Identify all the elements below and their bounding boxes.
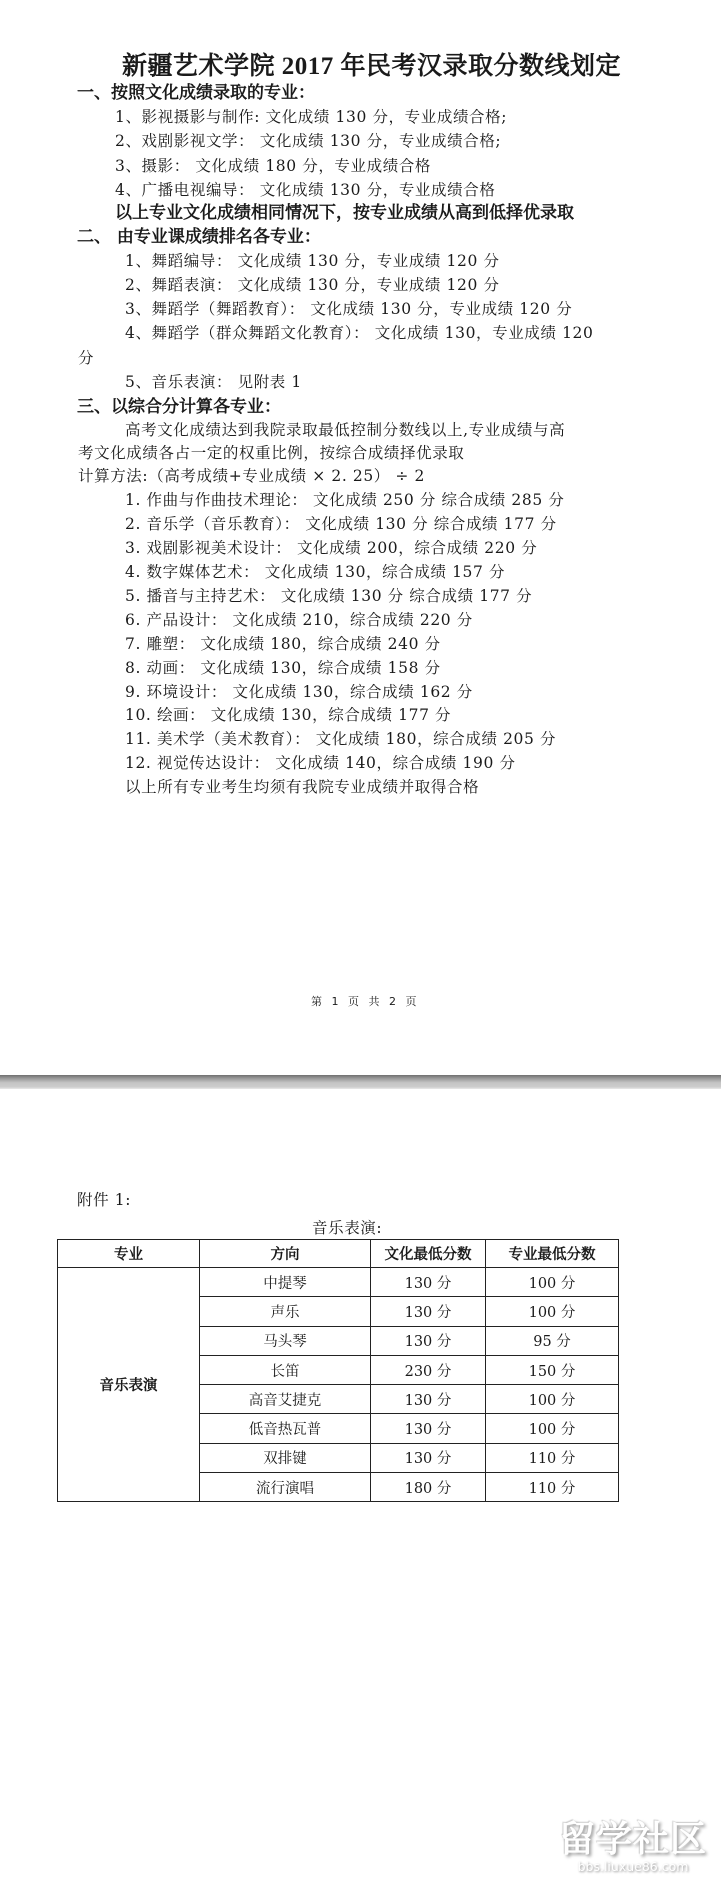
direction-cell: 低音热瓦普 — [200, 1414, 371, 1443]
section-3-closing: 以上所有专业考生均须有我院专业成绩并取得合格 — [125, 775, 479, 799]
culture-score-cell: 180 分 — [371, 1473, 486, 1502]
culture-score-cell: 130 分 — [371, 1414, 486, 1443]
watermark-url: bbs.liuxue86.com — [553, 1860, 713, 1874]
direction-cell: 高音艾捷克 — [200, 1385, 371, 1414]
section-3-item: 11. 美术学（美术教育）： 文化成绩 180，综合成绩 205 分 — [125, 727, 556, 751]
header-direction: 方向 — [200, 1240, 371, 1268]
section-3-formula: 计算方法:（高考成绩+专业成绩 × 2. 25） ÷ 2 — [78, 464, 425, 488]
direction-cell: 流行演唱 — [200, 1473, 371, 1502]
table-title: 音乐表演: — [312, 1216, 382, 1240]
music-performance-score-table: 专业 方向 文化最低分数 专业最低分数 音乐表演 中提琴 130 分 100 分… — [57, 1239, 619, 1502]
specialty-score-cell: 100 分 — [486, 1414, 619, 1443]
culture-score-cell: 130 分 — [371, 1385, 486, 1414]
specialty-score-cell: 100 分 — [486, 1385, 619, 1414]
section-2-item: 5、音乐表演： 见附表 1 — [125, 370, 302, 394]
section-1-heading: 一、按照文化成绩录取的专业： — [77, 81, 315, 105]
section-1-item: 4、广播电视编导： 文化成绩 130 分，专业成绩合格 — [115, 178, 495, 202]
specialty-score-cell: 100 分 — [486, 1268, 619, 1297]
section-2-item-wrap: 分 — [78, 346, 94, 370]
page-separator — [0, 1075, 721, 1089]
header-major: 专业 — [58, 1240, 200, 1268]
section-3-item: 6. 产品设计： 文化成绩 210，综合成绩 220 分 — [125, 608, 473, 632]
section-3-item: 5. 播音与主持艺术： 文化成绩 130 分 综合成绩 177 分 — [125, 584, 532, 608]
section-1-item: 3、摄影： 文化成绩 180 分，专业成绩合格 — [115, 154, 431, 178]
header-culture-min: 文化最低分数 — [371, 1240, 486, 1268]
section-1-item: 1、影视摄影与制作: 文化成绩 130 分，专业成绩合格; — [115, 105, 507, 129]
table-header-row: 专业 方向 文化最低分数 专业最低分数 — [58, 1240, 619, 1268]
attachment-label: 附件 1: — [77, 1188, 131, 1212]
specialty-score-cell: 100 分 — [486, 1297, 619, 1326]
section-3-item: 7. 雕塑： 文化成绩 180，综合成绩 240 分 — [125, 632, 441, 656]
section-2-heading: 二、 由专业课成绩排名各专业： — [77, 225, 321, 249]
culture-score-cell: 130 分 — [371, 1326, 486, 1355]
specialty-score-cell: 110 分 — [486, 1443, 619, 1472]
watermark-logo-text: 留学社区 — [553, 1820, 713, 1860]
culture-score-cell: 130 分 — [371, 1268, 486, 1297]
section-2-item: 1、舞蹈编导： 文化成绩 130 分，专业成绩 120 分 — [125, 249, 500, 273]
section-3-item: 3. 戏剧影视美术设计： 文化成绩 200，综合成绩 220 分 — [125, 536, 537, 560]
section-3-item: 8. 动画： 文化成绩 130，综合成绩 158 分 — [125, 656, 441, 680]
direction-cell: 双排键 — [200, 1443, 371, 1472]
section-1-item: 2、戏剧影视文学： 文化成绩 130 分，专业成绩合格; — [115, 129, 501, 153]
section-2-item: 3、舞蹈学（舞蹈教育）： 文化成绩 130 分，专业成绩 120 分 — [125, 297, 572, 321]
major-cell: 音乐表演 — [58, 1268, 200, 1502]
culture-score-cell: 130 分 — [371, 1443, 486, 1472]
table-row: 音乐表演 中提琴 130 分 100 分 — [58, 1268, 619, 1297]
direction-cell: 声乐 — [200, 1297, 371, 1326]
direction-cell: 长笛 — [200, 1355, 371, 1384]
section-3-paragraph: 高考文化成绩达到我院录取最低控制分数线以上,专业成绩与高 — [125, 418, 565, 442]
document-title: 新疆艺术学院 2017 年民考汉录取分数线划定 — [122, 52, 621, 82]
section-3-heading: 三、以综合分计算各专业： — [77, 395, 281, 419]
section-3-item: 4. 数字媒体艺术： 文化成绩 130，综合成绩 157 分 — [125, 560, 505, 584]
watermark-logo: 留学社区 bbs.liuxue86.com — [553, 1820, 713, 1874]
section-3-item: 10. 绘画： 文化成绩 130，综合成绩 177 分 — [125, 703, 451, 727]
section-1-note: 以上专业文化成绩相同情况下，按专业成绩从高到低择优录取 — [115, 201, 574, 225]
culture-score-cell: 130 分 — [371, 1297, 486, 1326]
section-3-item: 12. 视觉传达设计： 文化成绩 140，综合成绩 190 分 — [125, 751, 516, 775]
section-2-item: 4、舞蹈学（群众舞蹈文化教育）： 文化成绩 130，专业成绩 120 — [125, 321, 593, 345]
section-3-paragraph: 考文化成绩各占一定的权重比例，按综合成绩择优录取 — [78, 441, 464, 465]
specialty-score-cell: 95 分 — [486, 1326, 619, 1355]
section-3-item: 9. 环境设计： 文化成绩 130，综合成绩 162 分 — [125, 680, 473, 704]
section-3-item: 1. 作曲与作曲技术理论： 文化成绩 250 分 综合成绩 285 分 — [125, 488, 564, 512]
direction-cell: 马头琴 — [200, 1326, 371, 1355]
specialty-score-cell: 150 分 — [486, 1355, 619, 1384]
header-specialty-min: 专业最低分数 — [486, 1240, 619, 1268]
specialty-score-cell: 110 分 — [486, 1473, 619, 1502]
culture-score-cell: 230 分 — [371, 1355, 486, 1384]
direction-cell: 中提琴 — [200, 1268, 371, 1297]
section-2-item: 2、舞蹈表演： 文化成绩 130 分，专业成绩 120 分 — [125, 273, 500, 297]
page-number-footer: 第 1 页 共 2 页 — [311, 990, 419, 1014]
section-3-item: 2. 音乐学（音乐教育）： 文化成绩 130 分 综合成绩 177 分 — [125, 512, 557, 536]
